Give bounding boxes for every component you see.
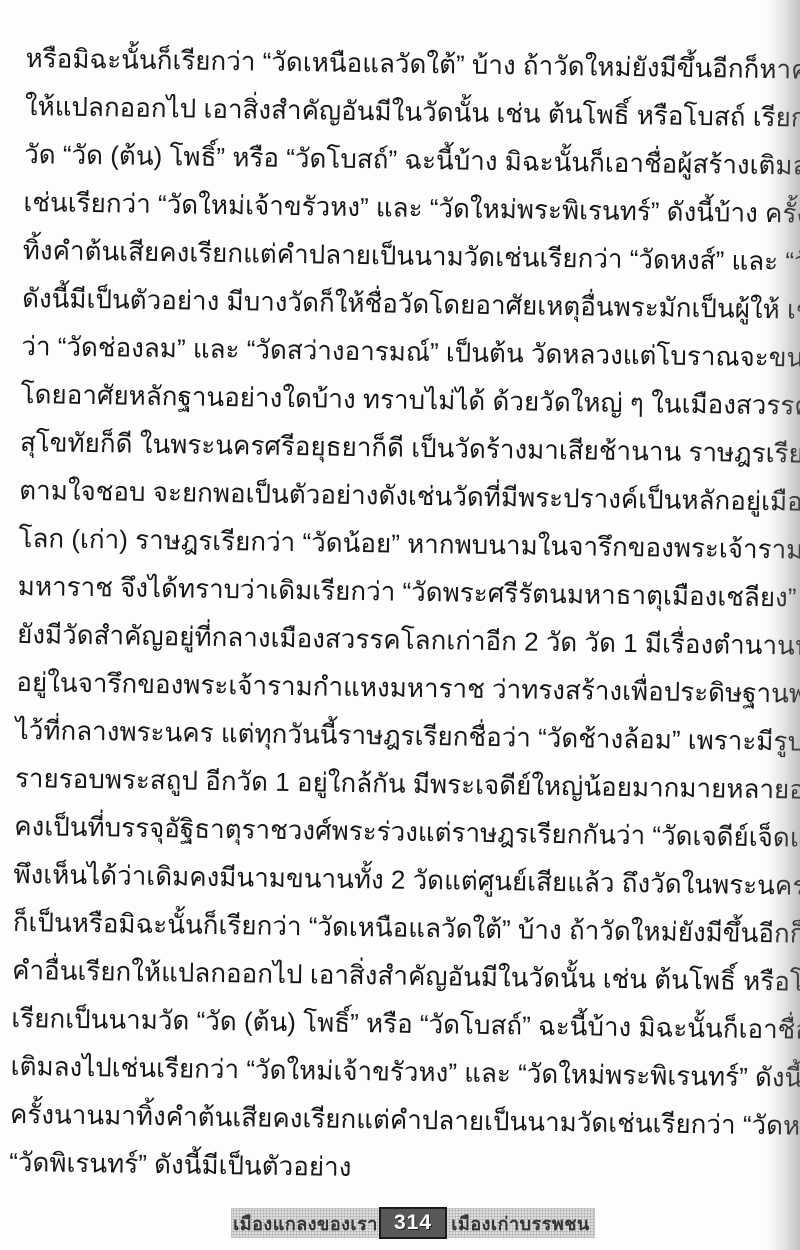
footer-band: เมืองแกลงของเรา 314 เมืองเก่าบรรพชน [231,1208,595,1238]
footer-left-title: เมืองแกลงของเรา [232,1209,379,1237]
body-text: หรือมิฉะนั้นก็เรียกว่า “วัดเหนือแลวัดใต้… [9,34,768,1197]
footer-right-title: เมืองเก่าบรรพชน [447,1209,594,1237]
scanned-book-page: หรือมิฉะนั้นก็เรียกว่า “วัดเหนือแลวัดใต้… [0,0,800,1250]
page-number: 314 [379,1207,447,1239]
